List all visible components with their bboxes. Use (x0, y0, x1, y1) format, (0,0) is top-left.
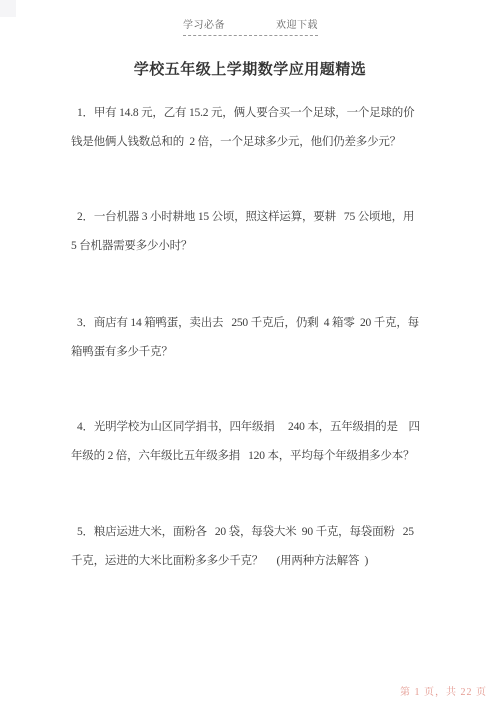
page-title: 学校五年级上学期数学应用题精选 (0, 58, 500, 79)
problem-3-line-1: 3．商店有 14 箱鸭蛋，卖出去 250 千克后，仍剩 4 箱零 20 千克，每 (71, 309, 456, 338)
page-footer: 第 1 页，共 22 页 (400, 683, 487, 698)
scan-artifact (0, 0, 16, 17)
problem-4: 4．光明学校为山区同学捐书，四年级捐 240 本，五年级捐的是 四 年级的 2 … (71, 413, 456, 471)
problem-4-line-2: 年级的 2 倍，六年级比五年级多捐 120 本，平均每个年级捐多少本？ (71, 442, 456, 471)
problem-1-line-2: 钱是他俩人钱数总和的 2 倍，一个足球多少元，他们仍差多少元？ (71, 128, 456, 157)
page-number: 第 1 页，共 22 页 (400, 687, 487, 698)
problem-1: 1．甲有 14.8 元，乙有 15.2 元，俩人要合买一个足球，一个足球的价 钱… (71, 99, 456, 157)
page-header: 学习必备 欢迎下载 (183, 16, 318, 36)
problem-2-line-2: 5 台机器需要多少小时？ (71, 232, 456, 261)
problem-2: 2．一台机器 3 小时耕地 15 公顷，照这样运算，要耕 75 公顷地，用 5 … (71, 203, 456, 261)
header-left-label: 学习必备 (183, 16, 225, 31)
problem-4-line-1: 4．光明学校为山区同学捐书，四年级捐 240 本，五年级捐的是 四 (71, 413, 456, 442)
problem-5-line-1: 5．粮店运进大米，面粉各 20 袋，每袋大米 90 千克，每袋面粉 25 (71, 518, 456, 547)
problem-2-line-1: 2．一台机器 3 小时耕地 15 公顷，照这样运算，要耕 75 公顷地，用 (71, 203, 456, 232)
problem-3: 3．商店有 14 箱鸭蛋，卖出去 250 千克后，仍剩 4 箱零 20 千克，每… (71, 309, 456, 367)
problem-5-line-2: 千克，运进的大米比面粉多多少千克？ (用两种方法解答 ) (71, 547, 456, 576)
problem-1-line-1: 1．甲有 14.8 元，乙有 15.2 元，俩人要合买一个足球，一个足球的价 (71, 99, 456, 128)
document-page: 学习必备 欢迎下载 学校五年级上学期数学应用题精选 1．甲有 14.8 元，乙有… (0, 0, 500, 707)
problem-3-line-2: 箱鸭蛋有多少千克？ (71, 338, 456, 367)
problem-5: 5．粮店运进大米，面粉各 20 袋，每袋大米 90 千克，每袋面粉 25 千克，… (71, 518, 456, 576)
header-right-label: 欢迎下载 (276, 16, 318, 31)
